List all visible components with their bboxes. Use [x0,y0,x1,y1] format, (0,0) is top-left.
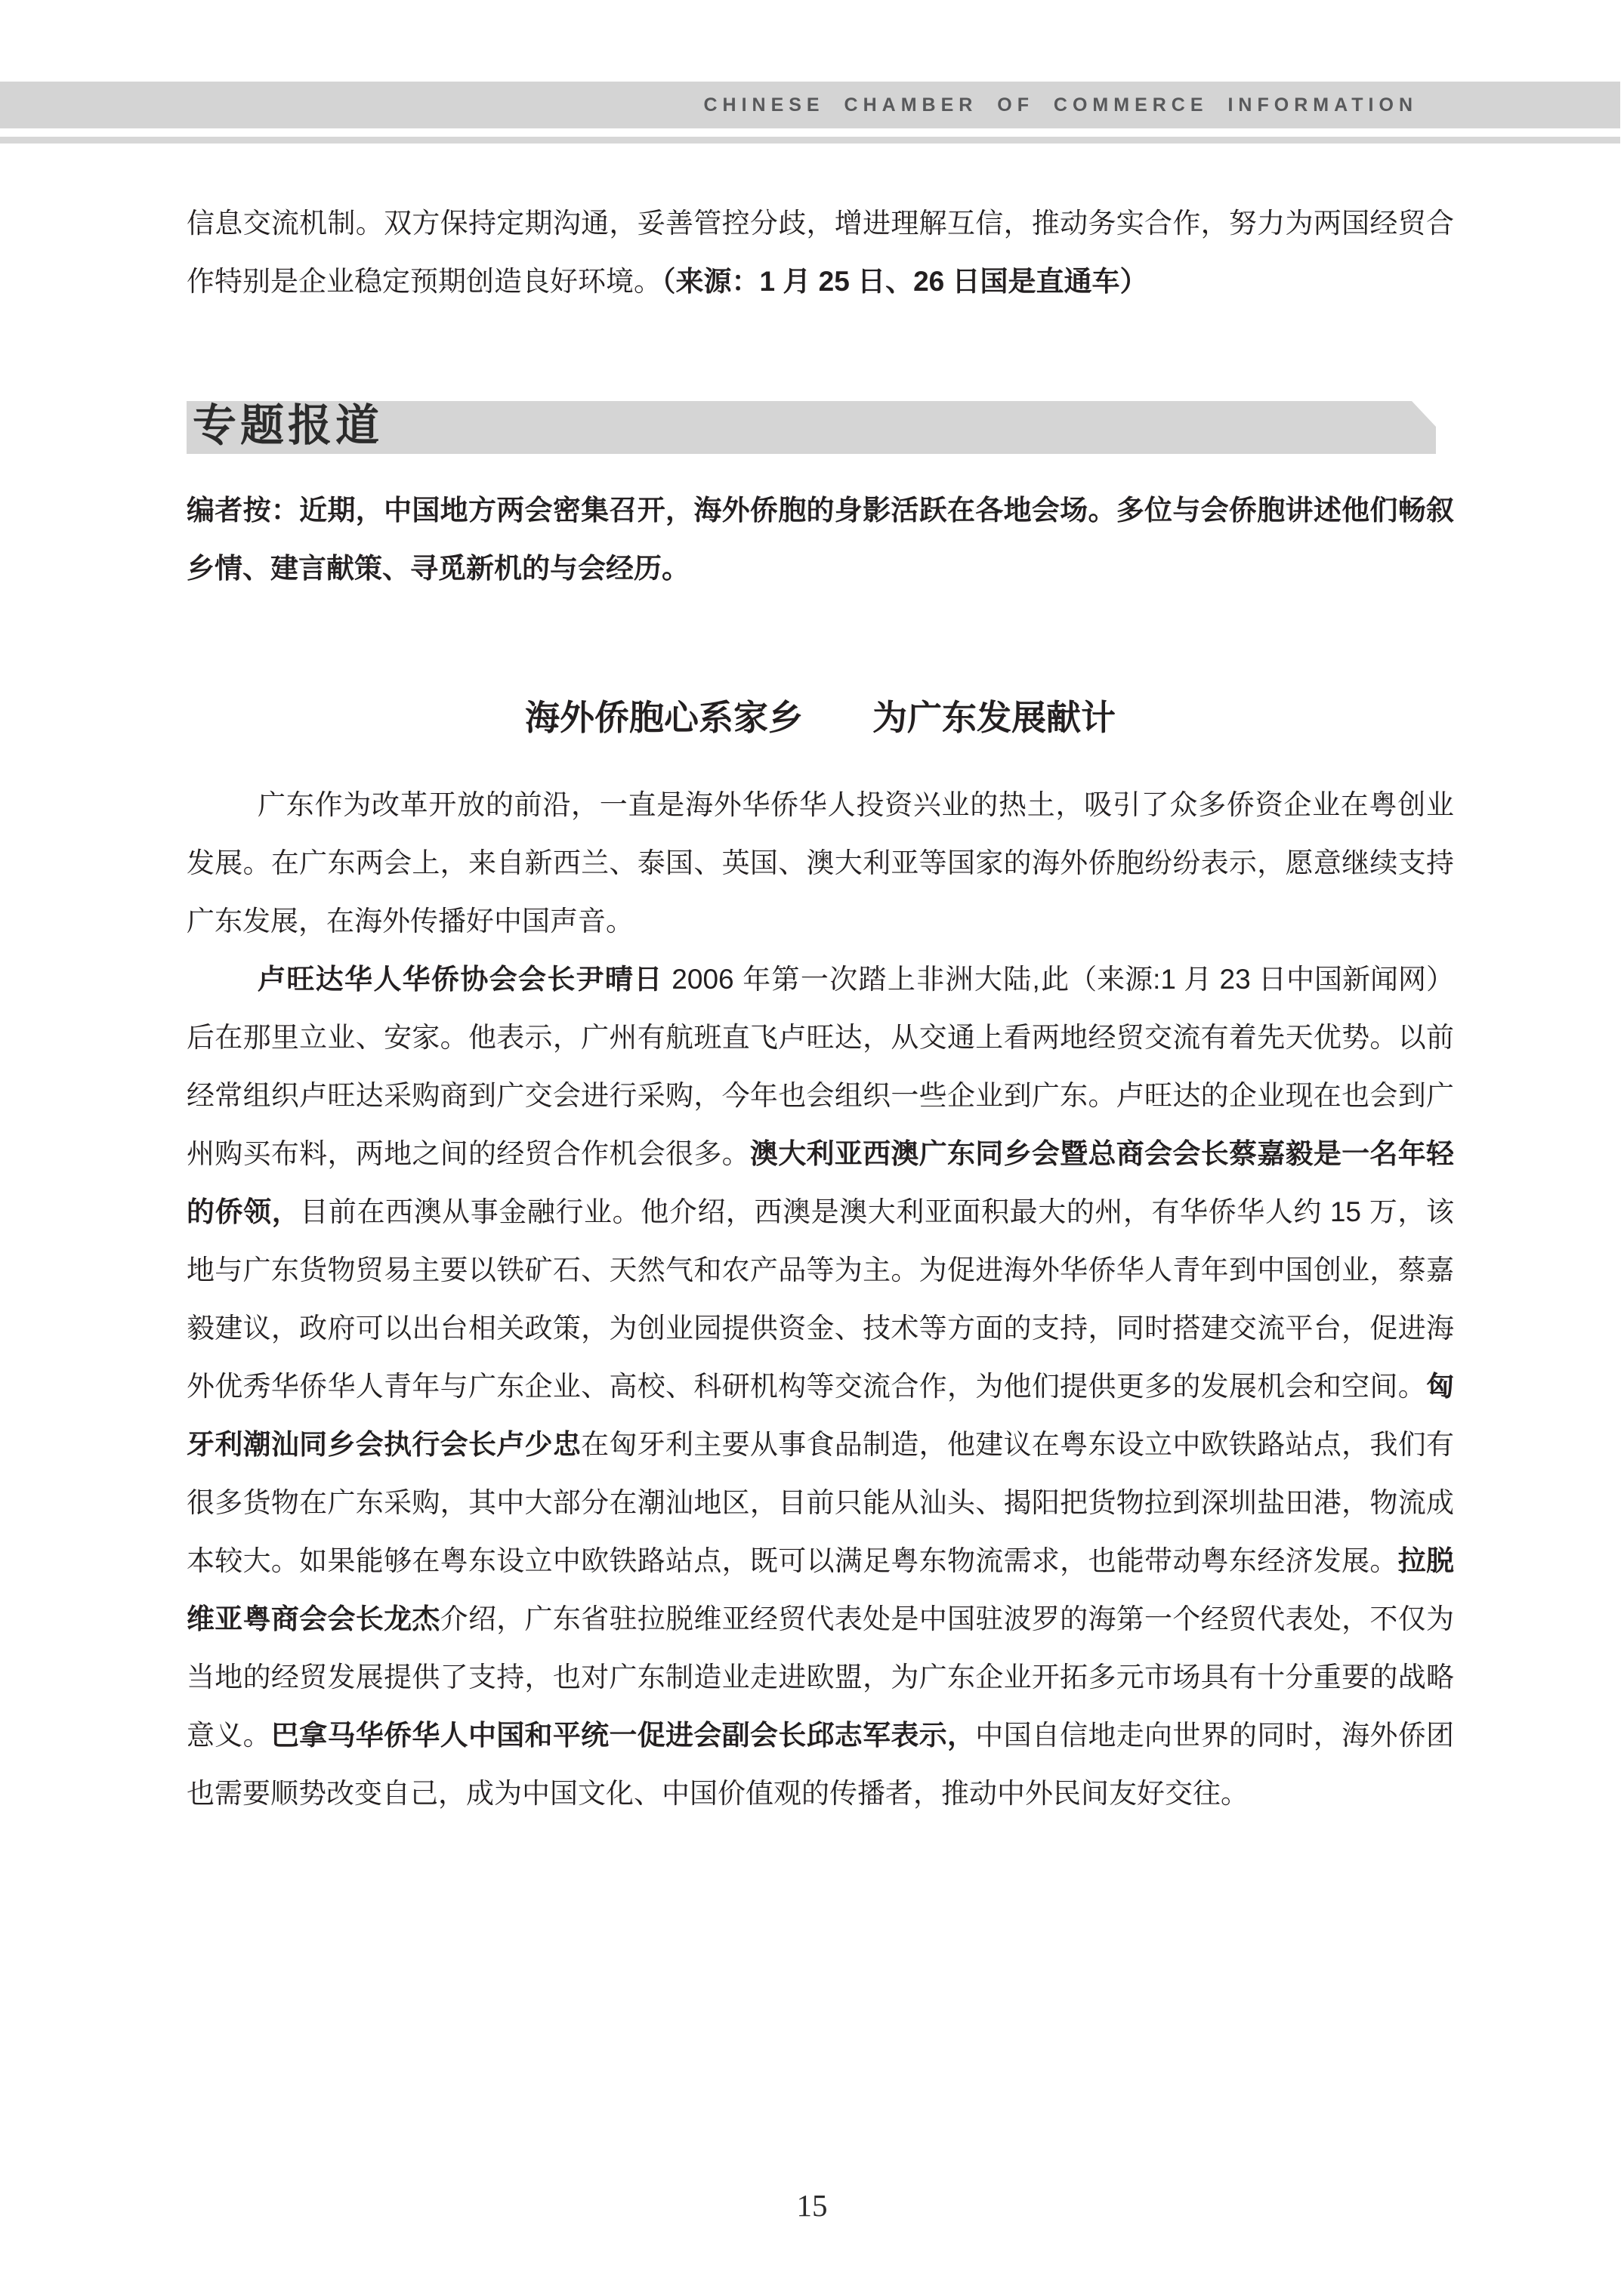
article-paragraph-2-text: 卢旺达华人华侨协会会长尹晴日 2006 年第一次踏上非洲大陆,此后在那里立业、安… [187,964,1454,1809]
header-bar: CHINESE CHAMBER OF COMMERCE INFORMATION [0,82,1620,128]
article-body: 广东作为改革开放的前沿，一直是海外华侨华人投资兴业的热土，吸引了众多侨资企业在粤… [187,776,1454,1822]
text-run: 目前在西澳从事金融行业。他介绍，西澳是澳大利亚面积最大的州，有华侨华人约 15 … [187,1196,1454,1402]
editor-note: 编者按：近期，中国地方两会密集召开，海外侨胞的身影活跃在各地会场。多位与会侨胞讲… [187,481,1454,597]
intro-paragraph: 信息交流机制。双方保持定期沟通，妥善管控分歧，增进理解互信，推动务实合作，努力为… [187,194,1454,310]
article-source: （来源:1 月 23 日中国新闻网） [1069,950,1454,1008]
text-run: 广东作为改革开放的前沿，一直是海外华侨华人投资兴业的热土，吸引了众多侨资企业在粤… [187,789,1454,937]
header-banner-text: CHINESE CHAMBER OF COMMERCE INFORMATION [703,94,1418,116]
article-paragraph-2: （来源:1 月 23 日中国新闻网）卢旺达华人华侨协会会长尹晴日 2006 年第… [187,950,1454,1822]
bold-run: （来源：1 月 25 日、26 日国是直通车） [662,266,1148,297]
newsletter-page: CHINESE CHAMBER OF COMMERCE INFORMATION … [0,0,1624,2293]
article-paragraph-1: 广东作为改革开放的前沿，一直是海外华侨华人投资兴业的热土，吸引了众多侨资企业在粤… [187,776,1454,950]
section-banner: 专题报道 [187,401,1436,454]
article-title: 海外侨胞心系家乡 为广东发展献计 [187,695,1454,740]
bold-run: 编者按：近期，中国地方两会密集召开，海外侨胞的身影活跃在各地会场。多位与会侨胞讲… [187,495,1454,584]
bold-run: 卢旺达华人华侨协会会长尹晴日 [258,964,663,995]
content-column: 信息交流机制。双方保持定期沟通，妥善管控分歧，增进理解互信，推动务实合作，努力为… [187,143,1454,1822]
bold-run: 巴拿马华侨华人中国和平统一促进会副会长邱志军表示， [271,1720,975,1751]
page-number: 15 [0,2187,1624,2224]
section-title: 专题报道 [187,403,383,449]
